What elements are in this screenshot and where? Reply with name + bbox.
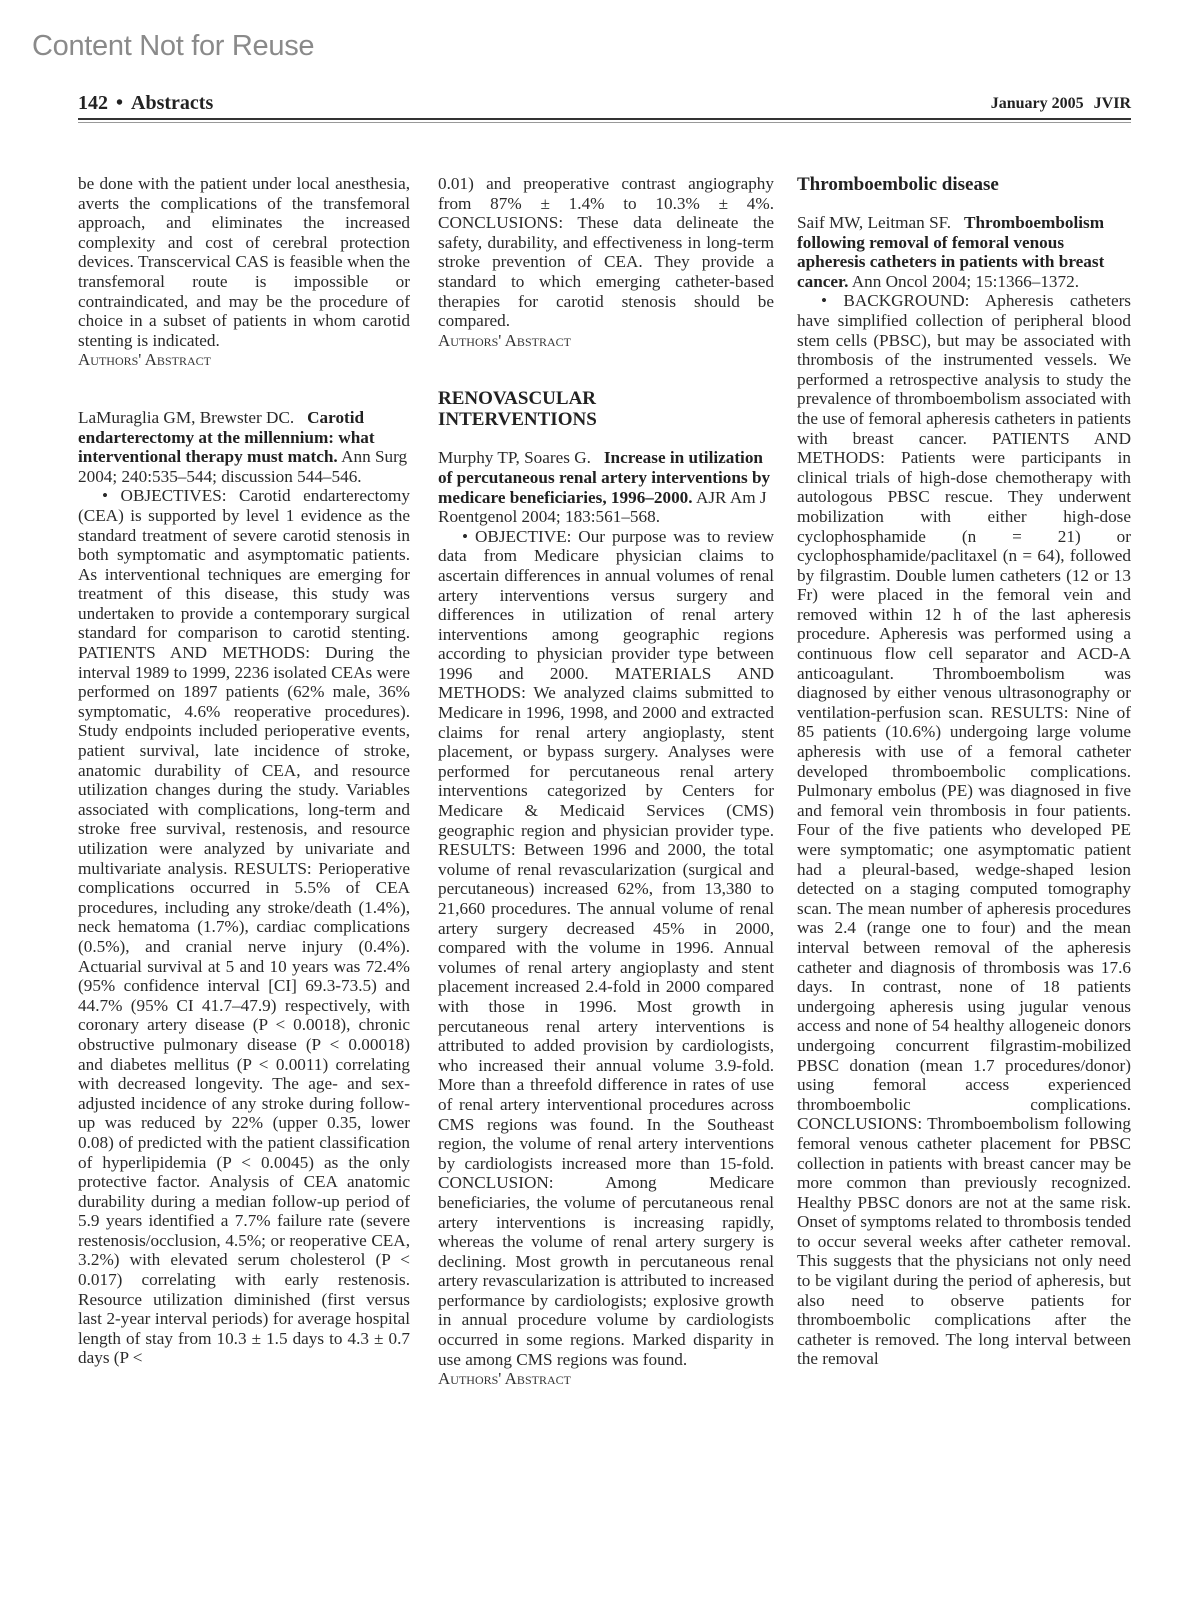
running-head: 142•Abstracts January 2005JVIR (78, 92, 1131, 120)
abstract-entry-murphy: Murphy TP, Soares G. Increase in utiliza… (438, 448, 774, 1389)
running-head-left: 142•Abstracts (78, 92, 213, 115)
subsection-heading: Thromboembolic disease (797, 174, 1131, 195)
issue-date: January 2005 (991, 95, 1084, 112)
abstract-entry-saif: Saif MW, Leitman SF. Thromboembolism fol… (797, 213, 1131, 1369)
bullet-separator: • (116, 92, 123, 114)
abstract-body: • OBJECTIVE: Our purpose was to review d… (438, 527, 774, 1370)
citation: LaMuraglia GM, Brewster DC. Carotid enda… (78, 408, 410, 486)
abstract-body: • OBJECTIVES: Carotid endarterectomy (CE… (78, 486, 410, 1368)
spacer (438, 430, 774, 448)
journal-name: JVIR (1094, 95, 1131, 112)
citation-authors: Saif MW, Leitman SF. (797, 213, 951, 232)
section-heading-line2: INTERVENTIONS (438, 409, 597, 430)
column-left: be done with the patient under local ane… (78, 174, 410, 1368)
citation-authors: Murphy TP, Soares G. (438, 448, 591, 467)
abstract-body: • BACKGROUND: Apheresis catheters have s… (797, 291, 1131, 1369)
citation-source: Ann Oncol 2004; 15:1366–1372. (852, 272, 1079, 291)
spacer (438, 350, 774, 388)
running-head-right: January 2005JVIR (991, 95, 1131, 113)
spacer (797, 195, 1131, 213)
citation: Saif MW, Leitman SF. Thromboembolism fol… (797, 213, 1131, 291)
citation: Murphy TP, Soares G. Increase in utiliza… (438, 448, 774, 526)
citation-authors: LaMuraglia GM, Brewster DC. (78, 408, 294, 427)
column-right: Thromboembolic disease Saif MW, Leitman … (797, 174, 1131, 1369)
abstract-attribution: Authors' Abstract (78, 350, 410, 370)
abstract-continuation: 0.01) and preoperative contrast angiogra… (438, 174, 774, 331)
column-middle: 0.01) and preoperative contrast angiogra… (438, 174, 774, 1389)
abstract-continuation: be done with the patient under local ane… (78, 174, 410, 350)
watermark: Content Not for Reuse (32, 30, 314, 63)
abstract-entry-lamuraglia: LaMuraglia GM, Brewster DC. Carotid enda… (78, 408, 410, 1368)
spacer (78, 370, 410, 408)
abstract-attribution: Authors' Abstract (438, 331, 774, 351)
section-heading-line1: RENOVASCULAR (438, 388, 596, 409)
section-name: Abstracts (131, 92, 213, 114)
abstract-attribution: Authors' Abstract (438, 1369, 774, 1389)
section-heading: RENOVASCULAR INTERVENTIONS (438, 388, 774, 430)
page-number: 142 (78, 92, 108, 114)
